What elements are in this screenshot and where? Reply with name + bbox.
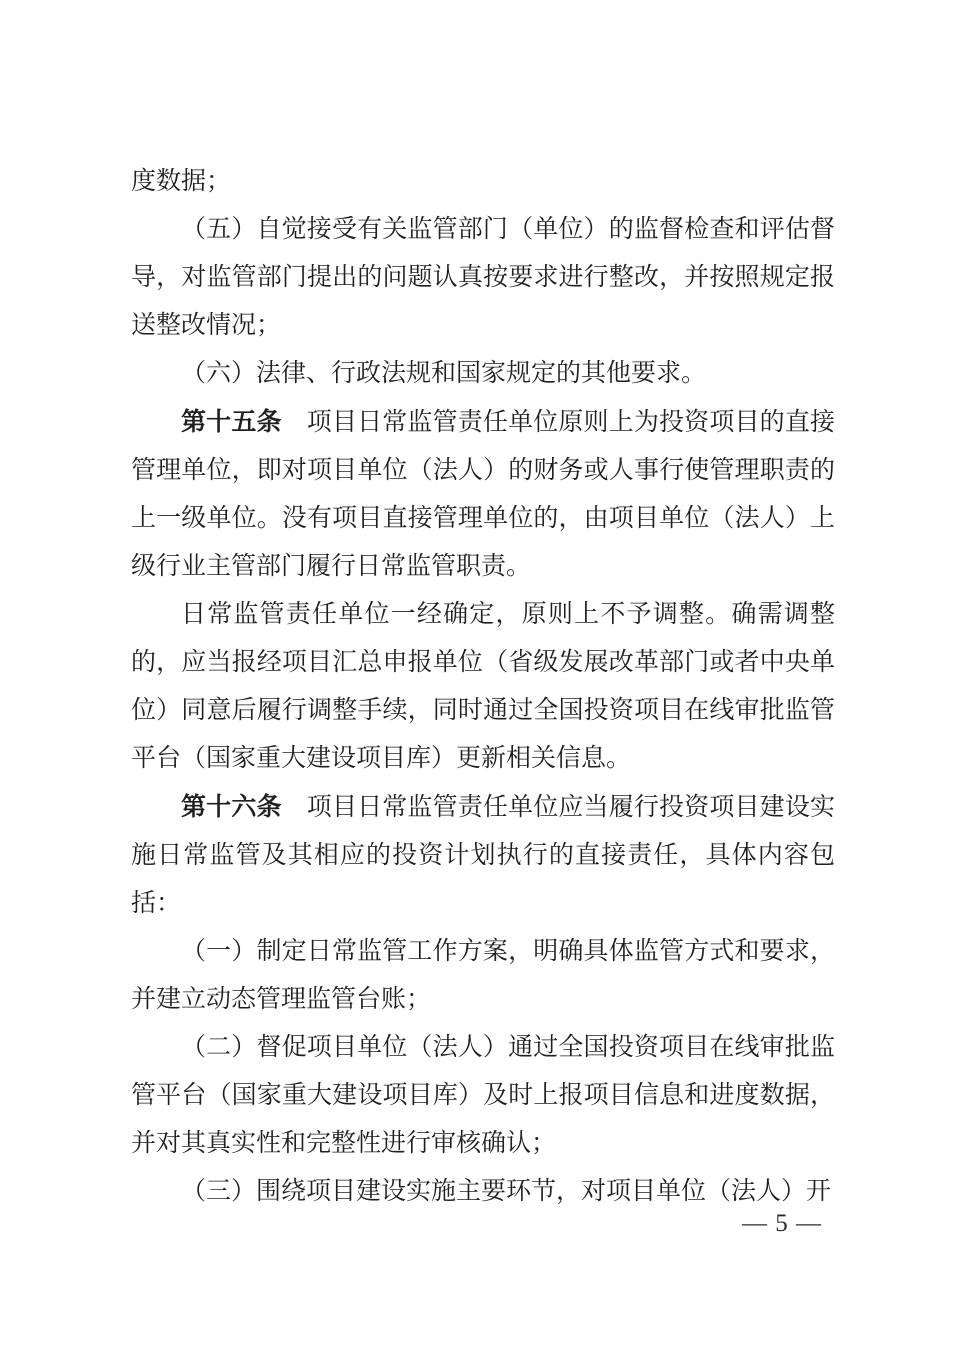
paragraph: （五）自觉接受有关监管部门（单位）的监督检查和评估督导，对监管部门提出的问题认真… [131,206,835,350]
paragraph: 日常监管责任单位一经确定，原则上不予调整。确需调整的，应当报经项目汇总申报单位（… [131,591,835,783]
paragraph: 第十五条 项目日常监管责任单位原则上为投资项目的直接管理单位，即对项目单位（法人… [131,398,835,591]
article-number-heading: 第十五条 [181,408,282,436]
text-segment: （六）法律、行政法规和国家规定的其他要求。 [181,360,706,387]
text-segment: 日常监管责任单位一经确定，原则上不予调整。确需调整的，应当报经项目汇总申报单位（… [131,601,835,772]
text-segment: （五）自觉接受有关监管部门（单位）的监督检查和评估督导，对监管部门提出的问题认真… [131,216,835,339]
paragraph: 第十六条 项目日常监管责任单位应当履行投资项目建设实施日常监管及其相应的投资计划… [131,783,835,928]
text-segment: （一）制定日常监管工作方案，明确具体监管方式和要求，并建立动态管理监管台账； [131,938,835,1013]
paragraph: （三）围绕项目建设实施主要环节，对项目单位（法人）开 [131,1168,835,1216]
text-segment: （二）督促项目单位（法人）通过全国投资项目在线审批监管平台（国家重大建设项目库）… [131,1034,835,1157]
page-number: — 5 — [742,1206,822,1242]
article-number-heading: 第十六条 [181,793,282,821]
document-body: 度数据；（五）自觉接受有关监管部门（单位）的监督检查和评估督导，对监管部门提出的… [131,158,835,1216]
text-segment: 度数据； [131,168,231,195]
document-page: 度数据；（五）自觉接受有关监管部门（单位）的监督检查和评估督导，对监管部门提出的… [0,0,960,1357]
paragraph: （二）督促项目单位（法人）通过全国投资项目在线审批监管平台（国家重大建设项目库）… [131,1024,835,1168]
text-segment: （三）围绕项目建设实施主要环节，对项目单位（法人）开 [181,1178,831,1205]
paragraph: （六）法律、行政法规和国家规定的其他要求。 [131,350,835,398]
paragraph: （一）制定日常监管工作方案，明确具体监管方式和要求，并建立动态管理监管台账； [131,928,835,1024]
paragraph: 度数据； [131,158,835,206]
